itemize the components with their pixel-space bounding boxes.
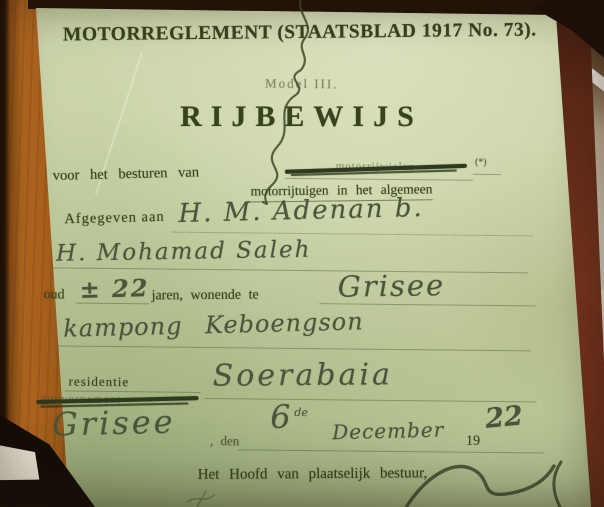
address-handwritten: kampong Keboengson: [63, 307, 364, 342]
date-day-suffix-handwritten: de: [294, 406, 308, 419]
purpose-prefix-label: voor het besturen van: [53, 164, 200, 185]
age-label: oud: [43, 287, 64, 303]
blank-line: [75, 303, 149, 305]
document-title: RIJBEWIJS: [101, 100, 501, 134]
date-day-handwritten: 6: [270, 398, 291, 436]
photo-of-rijbewijs-document: MOTORREGLEMENT (STAATSBLAD 1917 No. 73).…: [0, 0, 604, 507]
residentie-label: residentie: [69, 374, 130, 391]
blank-line: [285, 178, 473, 181]
holder-name-handwritten: H. M. Adenan b.: [178, 193, 424, 229]
residentie-value-handwritten: Soerabaia: [213, 357, 393, 393]
model-line: Model III.: [182, 75, 422, 94]
date-year-handwritten: 22: [484, 400, 524, 434]
blank-line: [52, 267, 528, 273]
date-month-handwritten: December: [332, 418, 445, 445]
blank-line: [57, 345, 531, 351]
blank-line: [473, 174, 501, 175]
holder-name-line2-handwritten: H. Mohamad Saleh: [56, 237, 312, 267]
footnote-marker: (*): [475, 157, 487, 168]
date-den-label: , den: [210, 433, 239, 449]
date-place-handwritten: Grisee: [52, 403, 176, 444]
blank-line: [238, 449, 544, 453]
age-value-handwritten: ± 22: [79, 273, 150, 304]
age-suffix-label: jaren, wonende te: [151, 288, 258, 305]
document-header: MOTORREGLEMENT (STAATSBLAD 1917 No. 73).: [42, 19, 557, 46]
blank-line: [172, 231, 532, 237]
residence-place-handwritten: Grisee: [337, 268, 445, 304]
blank-line: [204, 398, 536, 402]
blank-line: [319, 303, 535, 306]
date-year-printed: 19: [466, 434, 480, 450]
document-content: MOTORREGLEMENT (STAATSBLAD 1917 No. 73).…: [0, 0, 604, 507]
issued-to-label: Afgegeven aan: [64, 209, 165, 228]
signer-caption: Het Hoofd van plaatselijk bestuur,: [198, 465, 428, 484]
